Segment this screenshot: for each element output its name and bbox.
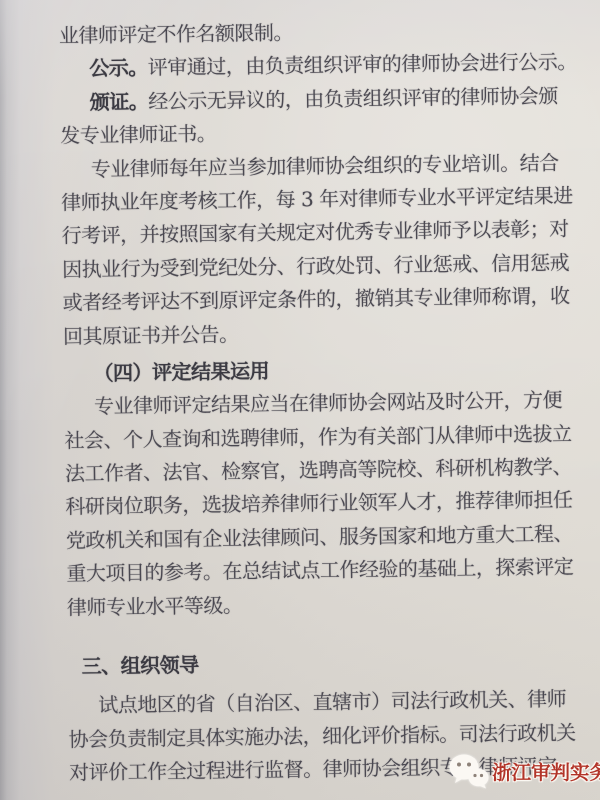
document-photo: 业律师评定不作名额限制。 公示。评审通过，由负责组织评审的律师协会进行公示。 颁… bbox=[0, 0, 600, 800]
section-heading: 三、组织领导 bbox=[67, 643, 587, 684]
document-text: 业律师评定不作名额限制。 公示。评审通过，由负责组织评审的律师协会进行公示。 颁… bbox=[59, 12, 590, 790]
text-line: 律师专业水平等级。 bbox=[67, 584, 587, 625]
text-line: 回其原证书并公告。 bbox=[63, 313, 583, 354]
text-line: 对评价工作全过程进行监督。律师协会组织专业律师评定 bbox=[69, 750, 589, 791]
